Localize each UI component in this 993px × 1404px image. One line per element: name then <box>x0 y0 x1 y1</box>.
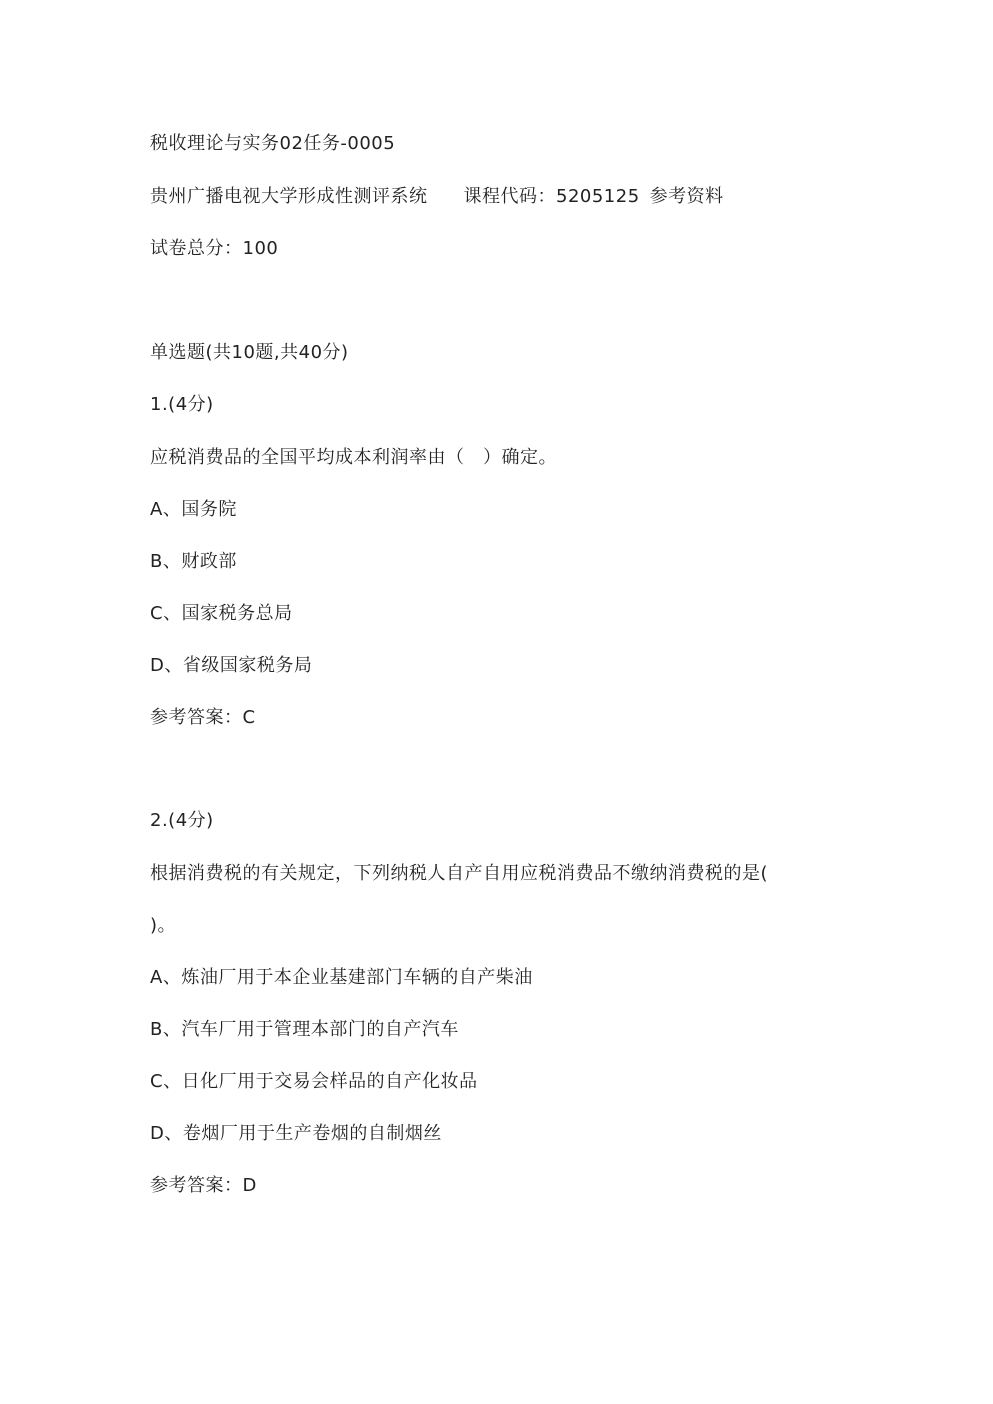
question-1-option-b: B、财政部 <box>150 550 237 574</box>
header-info-line: 贵州广播电视大学形成性测评系统课程代码：5205125参考资料 <box>150 185 724 209</box>
question-2-option-a: A、炼油厂用于本企业基建部门车辆的自产柴油 <box>150 966 533 990</box>
question-1-number: 1.(4分) <box>150 393 214 417</box>
answer-value: D <box>243 1175 257 1196</box>
answer-label: 参考答案： <box>150 707 243 728</box>
reference-label: 参考资料 <box>650 186 724 207</box>
section-title: 单选题(共10题,共40分) <box>150 341 349 365</box>
question-1-option-a: A、国务院 <box>150 498 237 522</box>
question-1-option-c: C、国家税务总局 <box>150 602 293 626</box>
question-1-stem: 应税消费品的全国平均成本利润率由（ ）确定。 <box>150 446 557 470</box>
question-2-answer: 参考答案：D <box>150 1174 257 1198</box>
total-score-label: 试卷总分： <box>150 238 243 259</box>
question-1-answer: 参考答案：C <box>150 706 256 730</box>
question-2-option-d: D、卷烟厂用于生产卷烟的自制烟丝 <box>150 1122 442 1146</box>
answer-value: C <box>243 707 256 728</box>
question-1-option-d: D、省级国家税务局 <box>150 654 312 678</box>
question-2-stem-line-2: )。 <box>150 914 176 938</box>
question-2-stem-line-1: 根据消费税的有关规定，下列纳税人自产自用应税消费品不缴纳消费税的是( <box>150 862 768 886</box>
question-2-number: 2.(4分) <box>150 809 214 833</box>
course-code: 5205125 <box>556 186 640 207</box>
question-2-option-c: C、日化厂用于交易会样品的自产化妆品 <box>150 1070 478 1094</box>
answer-label: 参考答案： <box>150 1175 243 1196</box>
system-name: 贵州广播电视大学形成性测评系统 <box>150 186 428 207</box>
document-title: 税收理论与实务02任务-0005 <box>150 132 395 156</box>
total-score: 100 <box>243 238 279 259</box>
question-2-option-b: B、汽车厂用于管理本部门的自产汽车 <box>150 1018 459 1042</box>
total-score-line: 试卷总分：100 <box>150 237 278 261</box>
course-code-label: 课程代码： <box>464 186 557 207</box>
